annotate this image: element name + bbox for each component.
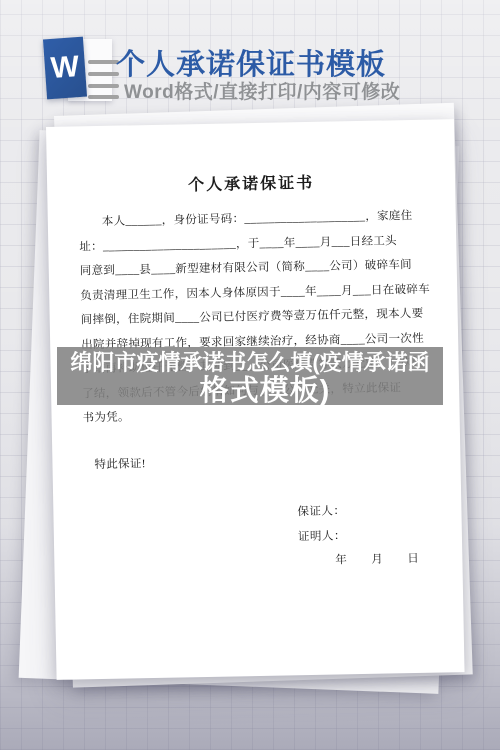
guarantor-label: 保证人： xyxy=(297,498,418,525)
witness-label: 证明人： xyxy=(298,522,419,549)
date-line: 年 月 日 xyxy=(298,547,419,574)
doc-text-line-icon xyxy=(88,60,119,64)
word-icon-letter: W xyxy=(50,52,80,84)
seo-overlay-text-line2: 格式模板) xyxy=(72,376,458,406)
header: W 个人承诺保证书模板 Word格式/直接打印/内容可修改 xyxy=(0,0,500,115)
seo-overlay-text-line1: 绵阳市疫情承诺书怎么填(疫情承诺函 xyxy=(57,350,443,376)
doc-text-line-icon xyxy=(88,95,119,99)
page-subtitle: Word格式/直接打印/内容可修改 xyxy=(124,77,400,104)
doc-text-line-icon xyxy=(88,72,119,76)
promo-image: 个人承诺保证书 本人______，身份证号码：_________________… xyxy=(0,0,500,750)
closing-statement: 特此保证! xyxy=(83,446,432,477)
word-icon-cover: W xyxy=(43,37,87,100)
document-body: 本人______，身份证号码：____________________，家庭住 … xyxy=(79,204,433,478)
seo-overlay-band: 绵阳市疫情承诺书怎么填(疫情承诺函 格式模板) xyxy=(57,347,443,405)
signature-block: 保证人： 证明人： 年 月 日 xyxy=(297,498,419,574)
word-icon: W xyxy=(44,30,122,112)
document-title: 个人承诺保证书 xyxy=(47,167,455,198)
doc-text-line-icon xyxy=(88,84,119,88)
